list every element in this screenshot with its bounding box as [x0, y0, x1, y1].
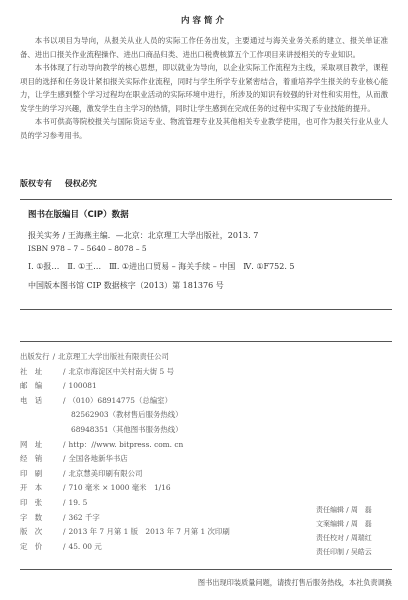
pub-row-wordcount: 字 数/362 千字: [20, 511, 280, 526]
pub-row-address: 社 址/北京市海淀区中关村南大街 5 号: [20, 365, 280, 380]
pub-value: 2013 年 7 月第 1 版 2013 年 7 月第 1 次印刷: [69, 525, 230, 540]
website-link[interactable]: http：//www. bitpress. com. cn: [69, 438, 184, 453]
infringement-text: 侵权必究: [65, 179, 97, 188]
pub-label: 开 本: [20, 481, 60, 496]
pub-label: 出版发行: [20, 350, 50, 365]
pub-row-edition: 版 次/2013 年 7 月第 1 版 2013 年 7 月第 1 次印刷: [20, 525, 280, 540]
pub-row-printer: 印 刷/北京慧美印刷有限公司: [20, 467, 280, 482]
divider: [20, 341, 392, 342]
divider: [20, 309, 392, 310]
pub-row-sheets: 印 张/19. 5: [20, 496, 280, 511]
pub-value: 北京理工大学出版社有限责任公司: [58, 350, 169, 365]
pub-row-postcode: 邮 编/100081: [20, 379, 280, 394]
pub-label: 经 销: [20, 452, 60, 467]
pub-label: 定 价: [20, 540, 60, 555]
pub-row-phone-3: 68948351（其他图书服务热线）: [20, 423, 280, 438]
staff-role: 责任编辑: [316, 506, 344, 514]
pub-label: 电 话: [20, 394, 60, 409]
staff-role: 责任印制: [316, 548, 344, 556]
pub-value: 45. 00 元: [69, 540, 102, 555]
cip-book-line: 报关实务 / 王海燕主编．—北京：北京理工大学出版社，2013. 7: [28, 228, 398, 243]
pub-label: 印 张: [20, 496, 60, 511]
quality-notice: 图书出现印装质量问题，请拨打售后服务热线，本社负责调换: [100, 578, 392, 588]
cip-section: 图书在版编目（CIP）数据 报关实务 / 王海燕主编．—北京：北京理工大学出版社…: [28, 208, 398, 293]
intro-paragraph: 本书体现了行动导向教学的核心思想，即以就业为导向，以企业实际工作流程为主线，采取…: [20, 61, 388, 115]
pub-label: 社 址: [20, 365, 60, 380]
staff-row: 文案编辑 / 周 磊: [316, 517, 372, 531]
divider: [20, 199, 392, 200]
pub-value: 全国各地新华书店: [69, 452, 128, 467]
cip-title: 图书在版编目（CIP）数据: [28, 208, 398, 220]
intro-paragraph: 本书以项目为导向，从报关从业人员的实际工作任务出发，主要通过与海关业务关系的建立…: [20, 34, 388, 61]
cip-isbn: ISBN 978 – 7 – 5640 – 8078 – 5: [28, 243, 398, 255]
intro-section: 本书以项目为导向，从报关从业人员的实际工作任务出发，主要通过与海关业务关系的建立…: [20, 34, 388, 142]
pub-label: 版 次: [20, 525, 60, 540]
staff-name: 吴皓云: [351, 548, 372, 556]
pub-value: 100081: [69, 379, 97, 394]
divider: [20, 569, 392, 570]
page-title: 内容简介: [0, 14, 408, 26]
cip-classification: Ⅰ. ①报… Ⅱ. ①王… Ⅲ. ①进出口贸易 – 海关手续 – 中国 Ⅳ. ①…: [28, 259, 398, 274]
pub-value: 19. 5: [69, 496, 88, 511]
pub-row-distributor: 经 销/全国各地新华书店: [20, 452, 280, 467]
staff-name: 周 磊: [351, 506, 372, 514]
pub-label: 印 刷: [20, 467, 60, 482]
staff-name: 周瑞红: [351, 534, 372, 542]
pub-row-phone: 电 话/（010）68914775（总编室）: [20, 394, 280, 409]
pub-row-publisher: 出版发行/北京理工大学出版社有限责任公司: [20, 350, 280, 365]
pub-label: 邮 编: [20, 379, 60, 394]
pub-value: 北京市海淀区中关村南大街 5 号: [69, 365, 174, 380]
publication-info: 出版发行/北京理工大学出版社有限责任公司 社 址/北京市海淀区中关村南大街 5 …: [20, 350, 280, 554]
intro-paragraph: 本书可供高等院校报关与国际货运专业、物流管理专业及其他相关专业教学使用，也可作为…: [20, 115, 388, 142]
pub-label: 网 址: [20, 438, 60, 453]
cip-approval: 中国版本图书馆 CIP 数据核字（2013）第 181376 号: [28, 278, 398, 293]
pub-value: （010）68914775（总编室）: [69, 394, 172, 409]
pub-row-format: 开 本/710 毫米 × 1000 毫米 1/16: [20, 481, 280, 496]
pub-value: 北京慧美印刷有限公司: [69, 467, 143, 482]
pub-value: 82562903（教材售后服务热线）: [71, 408, 183, 423]
staff-role: 文案编辑: [316, 520, 344, 528]
pub-value: 362 千字: [69, 511, 100, 526]
copyright-text: 版权专有: [20, 179, 52, 188]
staff-row: 责任校对 / 周瑞红: [316, 531, 372, 545]
staff-row: 责任编辑 / 周 磊: [316, 503, 372, 517]
pub-value: 68948351（其他图书服务热线）: [71, 423, 183, 438]
staff-credits: 责任编辑 / 周 磊 文案编辑 / 周 磊 责任校对 / 周瑞红 责任印制 / …: [316, 503, 372, 559]
pub-value: 710 毫米 × 1000 毫米 1/16: [69, 481, 171, 496]
staff-role: 责任校对: [316, 534, 344, 542]
pub-row-price: 定 价/45. 00 元: [20, 540, 280, 555]
pub-row-phone-2: 82562903（教材售后服务热线）: [20, 408, 280, 423]
staff-row: 责任印制 / 吴皓云: [316, 545, 372, 559]
copyright-notice: 版权专有 侵权必究: [20, 178, 107, 189]
pub-row-website: 网 址/http：//www. bitpress. com. cn: [20, 438, 280, 453]
staff-name: 周 磊: [351, 520, 372, 528]
pub-label: 字 数: [20, 511, 60, 526]
